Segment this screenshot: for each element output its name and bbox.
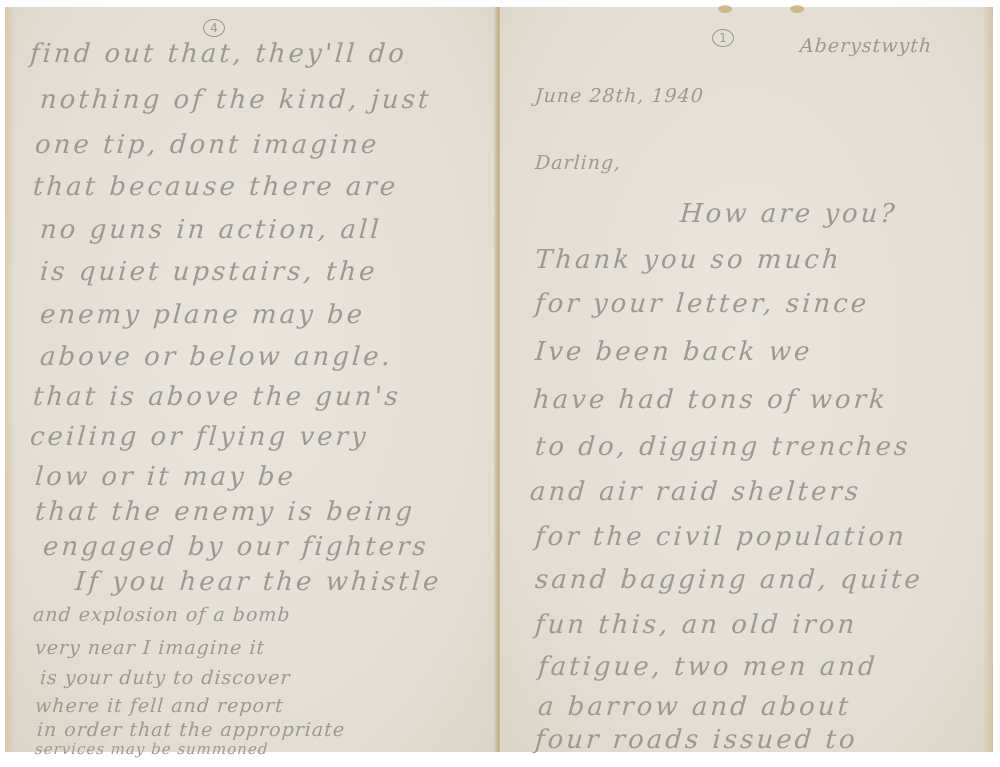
letter-place: Aberystwyth: [799, 35, 933, 57]
letter-line: have had tons of work: [532, 385, 889, 415]
edge-stain: [5, 7, 15, 752]
page-number-left: 4: [203, 19, 225, 37]
letter-line: in order that the appropriate: [36, 719, 346, 741]
letter-line: and air raid shelters: [529, 477, 862, 507]
stain-spot: [718, 5, 732, 13]
letter-line: fatigue, two men and: [537, 652, 879, 682]
letter-line: that the enemy is being: [34, 497, 416, 527]
letter-line: services may be summoned: [34, 740, 269, 758]
letter-line: where it fell and report: [34, 695, 284, 717]
letter-line: ceiling or flying very: [29, 422, 370, 452]
letter-line: enemy plane may be: [39, 300, 366, 330]
letter-line: four roads issued to: [534, 725, 859, 755]
right-page: 1 Aberystwyth June 28th, 1940 Darling, H…: [500, 7, 993, 752]
letter-line: a barrow and about: [537, 692, 852, 722]
letter-line: Thank you so much: [534, 245, 843, 275]
letter-line: nothing of the kind, just: [39, 85, 433, 115]
letter-spread: 4 find out that, they'll do nothing of t…: [5, 7, 993, 752]
letter-line: sand bagging and, quite: [534, 565, 924, 595]
letter-line: to do, digging trenches: [534, 432, 912, 462]
stain-spot: [790, 5, 804, 13]
letter-salutation: Darling,: [534, 152, 622, 174]
letter-date: June 28th, 1940: [534, 85, 704, 107]
letter-line: engaged by our fighters: [42, 532, 430, 562]
letter-line: is your duty to discover: [39, 667, 291, 689]
letter-line: is quiet upstairs, the: [39, 257, 379, 287]
letter-line: find out that, they'll do: [29, 39, 408, 69]
letter-line: for the civil population: [534, 522, 908, 552]
letter-line: If you hear the whistle: [74, 567, 443, 597]
edge-stain: [983, 7, 993, 752]
letter-line: one tip, dont imagine: [34, 130, 380, 160]
letter-line: very near I imagine it: [34, 637, 266, 659]
letter-line: that is above the gun's: [32, 382, 402, 412]
letter-line: fun this, an old iron: [534, 610, 858, 640]
letter-line: no guns in action, all: [39, 215, 383, 245]
letter-line: above or below angle.: [39, 342, 394, 372]
left-page: 4 find out that, they'll do nothing of t…: [5, 7, 496, 752]
letter-line: How are you?: [679, 199, 899, 229]
letter-line: for your letter, since: [534, 289, 870, 319]
letter-line: low or it may be: [34, 462, 297, 492]
letter-line: that because there are: [32, 172, 399, 202]
letter-line: and explosion of a bomb: [32, 604, 291, 626]
page-number-right: 1: [712, 29, 734, 47]
letter-line: Ive been back we: [534, 337, 814, 367]
